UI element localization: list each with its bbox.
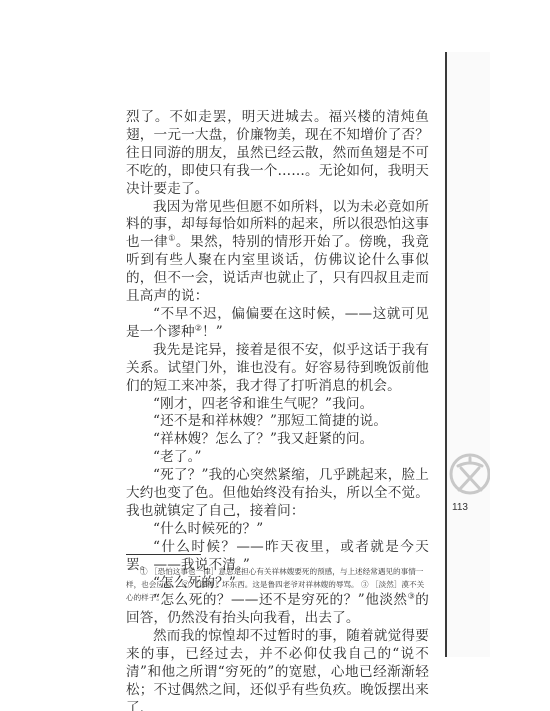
- paragraph: 然而我的惊惶却不过暂时的事，随着就觉得要来的事，已经过去，并不必仰仗我自己的“说…: [126, 628, 429, 711]
- footnote-marker: ②: [195, 323, 202, 332]
- paragraph: “什么时候死的？”: [126, 521, 429, 539]
- paragraph: 我因为常见些但愿不如所料，以为未必竟如所料的事，却每每恰如所料的起来，所以很恐怕…: [126, 199, 429, 306]
- paragraph: “老了。”: [126, 449, 429, 467]
- paragraph-text: 我先是诧异，接着是很不安，似乎这话于我有关系。试望门外，谁也没有。好容易待到晚饭…: [126, 342, 429, 394]
- footnote-text: ① ［恐怕这事也一律］意思是担心有关祥林嫂要死的预感，与上述经常遇见的事情一样，…: [126, 565, 429, 604]
- paragraph-text: “还不是和祥林嫂？”那短工简捷的说。: [153, 413, 387, 429]
- footnote-marker: ①: [168, 234, 176, 243]
- margin-rule: [445, 52, 447, 657]
- paragraph: 烈了。不如走罢，明天进城去。福兴楼的清炖鱼翅，一元一大盘，价廉物美，现在不知增价…: [126, 109, 429, 199]
- footnotes: ① ［恐怕这事也一律］意思是担心有关祥林嫂要死的预感，与上述经常遇见的事情一样，…: [126, 565, 429, 604]
- paragraph: 我先是诧异，接着是很不安，似乎这话于我有关系。试望门外，谁也没有。好容易待到晚饭…: [126, 342, 429, 396]
- paragraph: “不早不迟，偏偏要在这时候，——这就可见是一个谬种②！”: [126, 306, 429, 342]
- paragraph-text: “祥林嫂？怎么了？”我又赶紧的问。: [153, 431, 373, 447]
- paragraph-text: “老了。”: [153, 449, 202, 465]
- body-text: 烈了。不如走罢，明天进城去。福兴楼的清炖鱼翅，一元一大盘，价廉物美，现在不知增价…: [126, 109, 429, 711]
- wen-character-circle-icon: [448, 452, 490, 496]
- footnote-rule: [126, 554, 201, 555]
- paragraph-text: 然而我的惊惶却不过暂时的事，随着就觉得要来的事，已经过去，并不必仰仗我自己的“说…: [126, 628, 429, 711]
- page-number: 113: [452, 502, 468, 513]
- paragraph-text: 烈了。不如走罢，明天进城去。福兴楼的清炖鱼翅，一元一大盘，价廉物美，现在不知增价…: [126, 109, 429, 197]
- paragraph-text: 。果然，特别的情形开始了。傍晚，我竟听到有些人聚在内室里谈话，仿佛议论什么事似的…: [126, 234, 429, 304]
- paragraph: “死了？”我的心突然紧缩，几乎跳起来，脸上大约也变了色。但他始终没有抬头，所以全…: [126, 467, 429, 521]
- book-page: 烈了。不如走罢，明天进城去。福兴楼的清炖鱼翅，一元一大盘，价廉物美，现在不知增价…: [0, 0, 550, 711]
- paragraph: “还不是和祥林嫂？”那短工简捷的说。: [126, 413, 429, 431]
- paragraph-text: “什么时候死的？”: [153, 521, 263, 537]
- paragraph: “刚才，四老爷和谁生气呢？”我问。: [126, 396, 429, 414]
- paragraph-text: “死了？”我的心突然紧缩，几乎跳起来，脸上大约也变了色。但他始终没有抬头，所以全…: [126, 467, 429, 519]
- paragraph-text: “不早不迟，偏偏要在这时候，——这就可见是一个谬种: [126, 306, 429, 340]
- paragraph-text: “刚才，四老爷和谁生气呢？”我问。: [153, 396, 373, 412]
- paragraph: “祥林嫂？怎么了？”我又赶紧的问。: [126, 431, 429, 449]
- paragraph-text: ！”: [202, 324, 223, 340]
- margin-band: [447, 52, 490, 657]
